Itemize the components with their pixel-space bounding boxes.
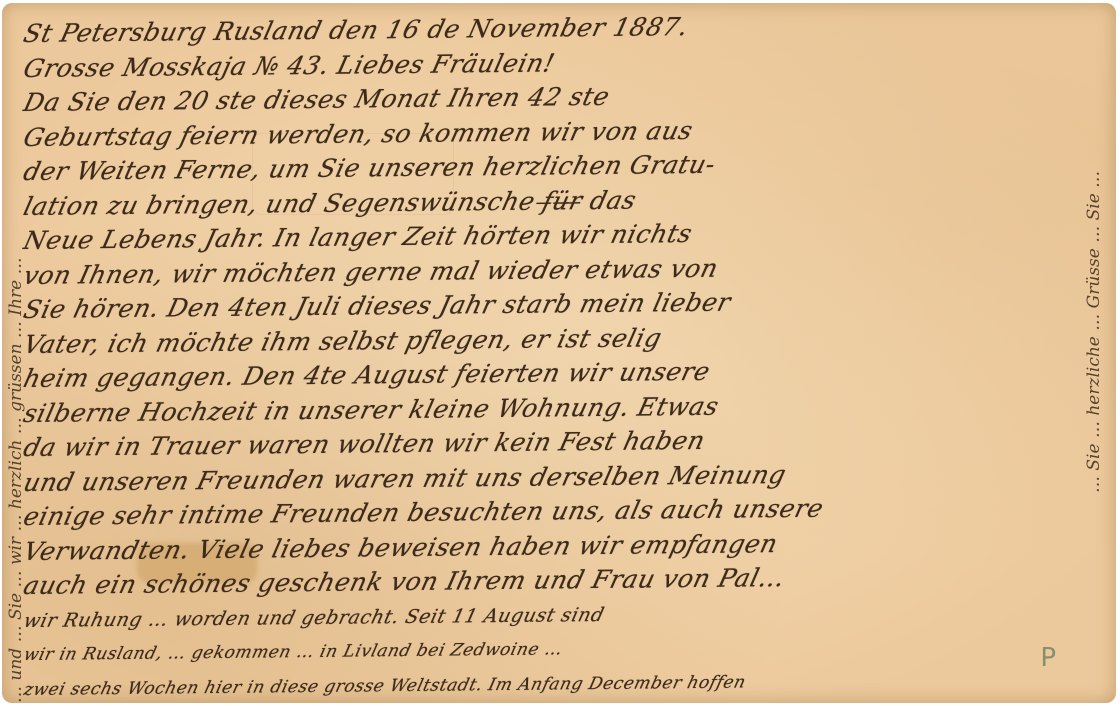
postal-mark: P — [1040, 643, 1056, 673]
right-margin-writing: … Sie … herzliche … Grüsse … Sie … — [1084, 63, 1110, 493]
letter-body: St Petersburg Rusland den 16 de November… — [24, 17, 1082, 703]
postcard: … und … Sie … wir … herzlich … grüssen …… — [2, 3, 1116, 703]
